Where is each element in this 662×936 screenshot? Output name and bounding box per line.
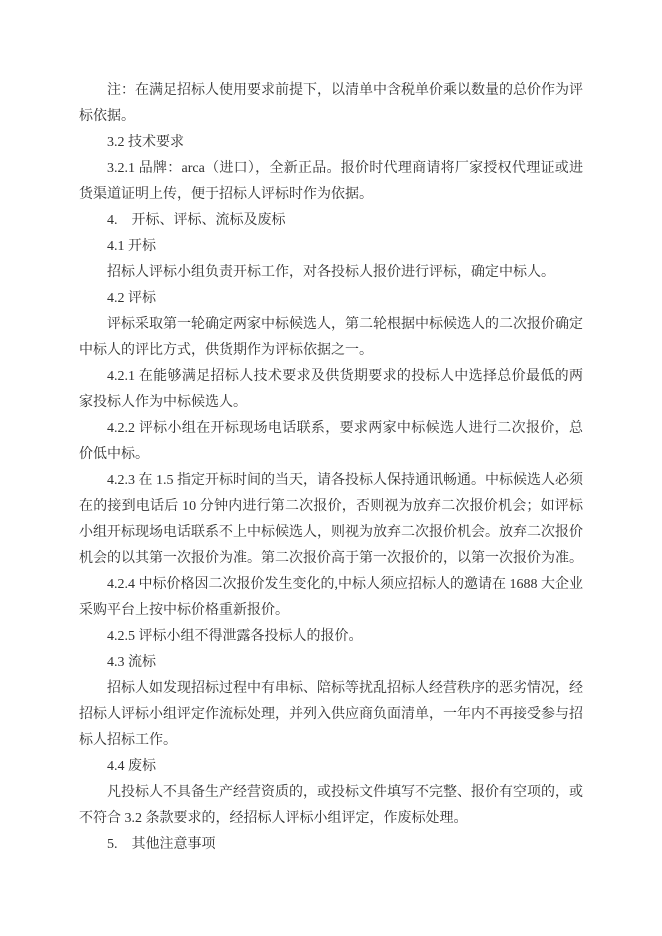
paragraph-4-3-body: 招标人如发现招标过程中有串标、陪标等扰乱招标人经营秩序的恶劣情况，经招标人评标小… bbox=[79, 676, 583, 754]
heading-4-4: 4.4 废标 bbox=[79, 754, 583, 780]
paragraph-3-2-1: 3.2.1 品牌：arca（进口），全新正品。报价时代理商请将厂家授权代理证或进… bbox=[79, 156, 583, 208]
paragraph-4-4-body: 凡投标人不具备生产经营资质的，或投标文件填写不完整、报价有空项的，或不符合 3.… bbox=[79, 780, 583, 832]
paragraph-4-2-4: 4.2.4 中标价格因二次报价发生变化的,中标人须应招标人的邀请在 1688 大… bbox=[79, 572, 583, 624]
paragraph-4-2-body: 评标采取第一轮确定两家中标候选人，第二轮根据中标候选人的二次报价确定中标人的评比… bbox=[79, 312, 583, 364]
heading-3-2: 3.2 技术要求 bbox=[79, 130, 583, 156]
paragraph-4-2-5: 4.2.5 评标小组不得泄露各投标人的报价。 bbox=[79, 624, 583, 650]
paragraph-4-2-2: 4.2.2 评标小组在开标现场电话联系，要求两家中标候选人进行二次报价，总价低中… bbox=[79, 416, 583, 468]
heading-4-3: 4.3 流标 bbox=[79, 650, 583, 676]
paragraph-4-2-3: 4.2.3 在 1.5 指定开标时间的当天，请各投标人保持通讯畅通。中标候选人必… bbox=[79, 468, 583, 572]
heading-4-1: 4.1 开标 bbox=[79, 234, 583, 260]
note-paragraph: 注：在满足招标人使用要求前提下，以清单中含税单价乘以数量的总价作为评标依据。 bbox=[79, 78, 583, 130]
paragraph-4-2-1: 4.2.1 在能够满足招标人技术要求及供货期要求的投标人中选择总价最低的两家投标… bbox=[79, 364, 583, 416]
document-page: 注：在满足招标人使用要求前提下，以清单中含税单价乘以数量的总价作为评标依据。 3… bbox=[0, 0, 662, 936]
heading-5: 5. 其他注意事项 bbox=[79, 832, 583, 858]
heading-4: 4. 开标、评标、流标及废标 bbox=[79, 208, 583, 234]
paragraph-4-1-body: 招标人评标小组负责开标工作，对各投标人报价进行评标，确定中标人。 bbox=[79, 260, 583, 286]
heading-4-2: 4.2 评标 bbox=[79, 286, 583, 312]
